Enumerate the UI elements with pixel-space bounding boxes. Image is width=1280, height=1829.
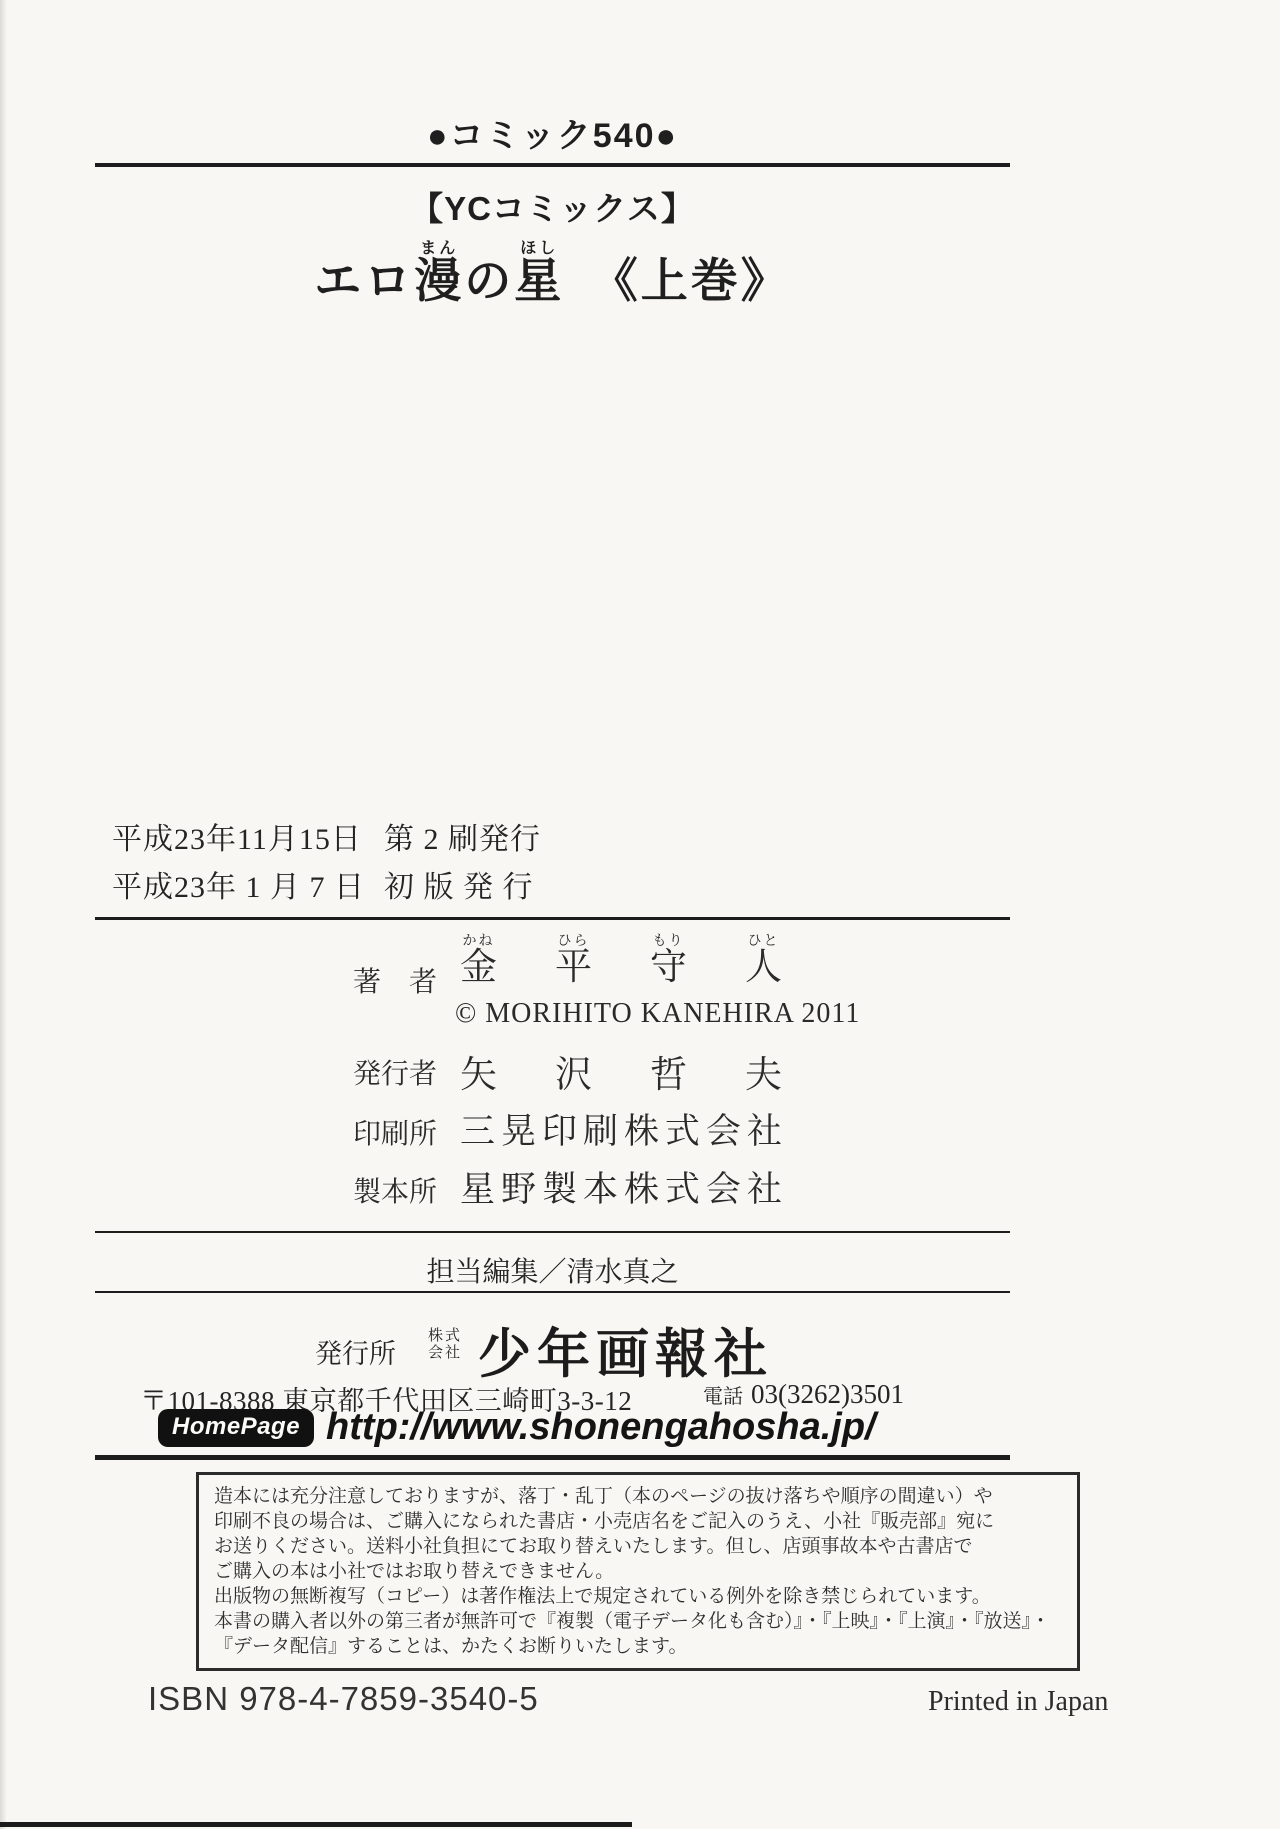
top-rule (95, 163, 1010, 167)
editor-rule-top (95, 1231, 1010, 1233)
text-segment: 式 (665, 1162, 700, 1212)
text-segment: 株 (624, 1162, 659, 1212)
printing-note: 初 版 発 行 (384, 862, 534, 906)
imprint-label: 【YCコミックス】 (95, 183, 1010, 230)
text-segment: 社 (747, 1104, 782, 1154)
notice-line: 『データ配信』することは、かたくお断りいたします。 (214, 1634, 1062, 1659)
text-segment: 矢 (460, 1044, 497, 1098)
publisher-name: 少年画報社 (478, 1312, 773, 1388)
homepage-url: http://www.shonengahosha.jp/ (326, 1406, 876, 1449)
author-name: 金かね平ひら守もり人ひと (460, 934, 782, 990)
text-segment: 式 (665, 1104, 700, 1154)
homepage-rule (95, 1455, 1010, 1460)
text-segment: 沢 (555, 1044, 592, 1098)
legal-notice-box: 造本には充分注意しておりますが、落丁・乱丁（本のページの抜け落ちや順序の間違い）… (196, 1472, 1080, 1671)
corporation-prefix-bottom: 会社 (428, 1344, 462, 1361)
binder-name: 星野製本株式会社 (460, 1162, 782, 1212)
homepage-line: HomePage http://www.shonengahosha.jp/ (158, 1406, 876, 1449)
printing-row-2nd: 平成23年11月15日 第 2 刷発行 (112, 814, 541, 858)
text-segment: 《上巻》 (564, 254, 791, 307)
printing-date: 平成23年11月15日 (112, 814, 384, 858)
text-segment: の (464, 254, 514, 307)
notice-line: 造本には充分注意しておりますが、落丁・乱丁（本のページの抜け落ちや順序の間違い）… (214, 1484, 1062, 1509)
phone-label: 電話 (703, 1386, 743, 1408)
colophon-page: ●コミック540● 【YCコミックス】 エロ漫まんの星ほし 《上巻》 平成23年… (0, 0, 1280, 1829)
ruby-segment: 平ひら (555, 934, 592, 990)
text-segment: 晃 (501, 1104, 536, 1154)
ruby-segment: 守もり (650, 934, 687, 990)
issuer-label: 発行者 (353, 1052, 437, 1092)
text-segment: 印 (542, 1104, 577, 1154)
printing-note: 第 2 刷発行 (384, 814, 541, 858)
homepage-badge: HomePage (158, 1409, 314, 1447)
text-segment: 社 (747, 1162, 782, 1212)
book-title: エロ漫まんの星ほし 《上巻》 (95, 240, 1010, 311)
ruby-segment: 星ほし (514, 254, 564, 307)
text-segment: 刷 (583, 1104, 618, 1154)
notice-line: 本書の購入者以外の第三者が無許可で『複製（電子データ化も含む）』・『上映』・『上… (214, 1609, 1062, 1634)
text-segment: 会 (706, 1104, 741, 1154)
edition-rule (95, 917, 1010, 920)
printed-in-japan: Printed in Japan (928, 1686, 1108, 1718)
printer-label: 印刷所 (353, 1112, 437, 1152)
printer-name: 三晃印刷株式会社 (460, 1104, 782, 1154)
editor-rule-bottom (95, 1291, 1010, 1293)
text-segment: 夫 (745, 1044, 782, 1098)
corporation-prefix-top: 株式 (428, 1327, 462, 1344)
scan-edge-left (0, 0, 7, 1829)
notice-line: 出版物の無断複写（コピー）は著作権法上で規定されている例外を除き禁じられています… (214, 1584, 1062, 1609)
ruby-segment: 漫まん (414, 254, 464, 307)
ruby-segment: 人ひと (745, 934, 782, 990)
text-segment: 三 (460, 1104, 495, 1154)
editor-credit: 担当編集／清水真之 (95, 1250, 1010, 1290)
text-segment: 製 (542, 1162, 577, 1212)
copyright-line: © MORIHITO KANEHIRA 2011 (455, 998, 860, 1030)
text-segment: 本 (583, 1162, 618, 1212)
notice-line: 印刷不良の場合は、ご購入になられた書店・小売店名をご記入のうえ、小社『販売部』宛… (214, 1509, 1062, 1534)
text-segment: 株 (624, 1104, 659, 1154)
text-segment: 会 (706, 1162, 741, 1212)
notice-line: ご購入の本は小社ではお取り替えできません。 (214, 1559, 1062, 1584)
text-segment: 野 (501, 1162, 536, 1212)
printing-date: 平成23年 1 月 7 日 (112, 862, 384, 906)
author-label: 著 者 (353, 960, 437, 1000)
notice-line: お送りください。送料小社負担にてお取り替えいたします。但し、店頭事故本や古書店で (214, 1534, 1062, 1559)
ruby-segment: 金かね (460, 934, 497, 990)
printing-row-1st: 平成23年 1 月 7 日 初 版 発 行 (112, 862, 534, 906)
issuer-name: 矢沢哲夫 (460, 1044, 782, 1098)
isbn-number: ISBN 978-4-7859-3540-5 (148, 1680, 539, 1718)
scan-edge-bottom (0, 1822, 632, 1827)
binder-label: 製本所 (353, 1170, 437, 1210)
corporation-prefix: 株式 会社 (428, 1327, 462, 1361)
text-segment: 星 (460, 1162, 495, 1212)
text-segment: 哲 (650, 1044, 687, 1098)
series-banner: ●コミック540● (95, 108, 1010, 157)
publisher-label: 発行所 (315, 1332, 396, 1371)
text-segment: エロ (314, 254, 414, 307)
phone-number: 03(3262)3501 (751, 1379, 904, 1409)
